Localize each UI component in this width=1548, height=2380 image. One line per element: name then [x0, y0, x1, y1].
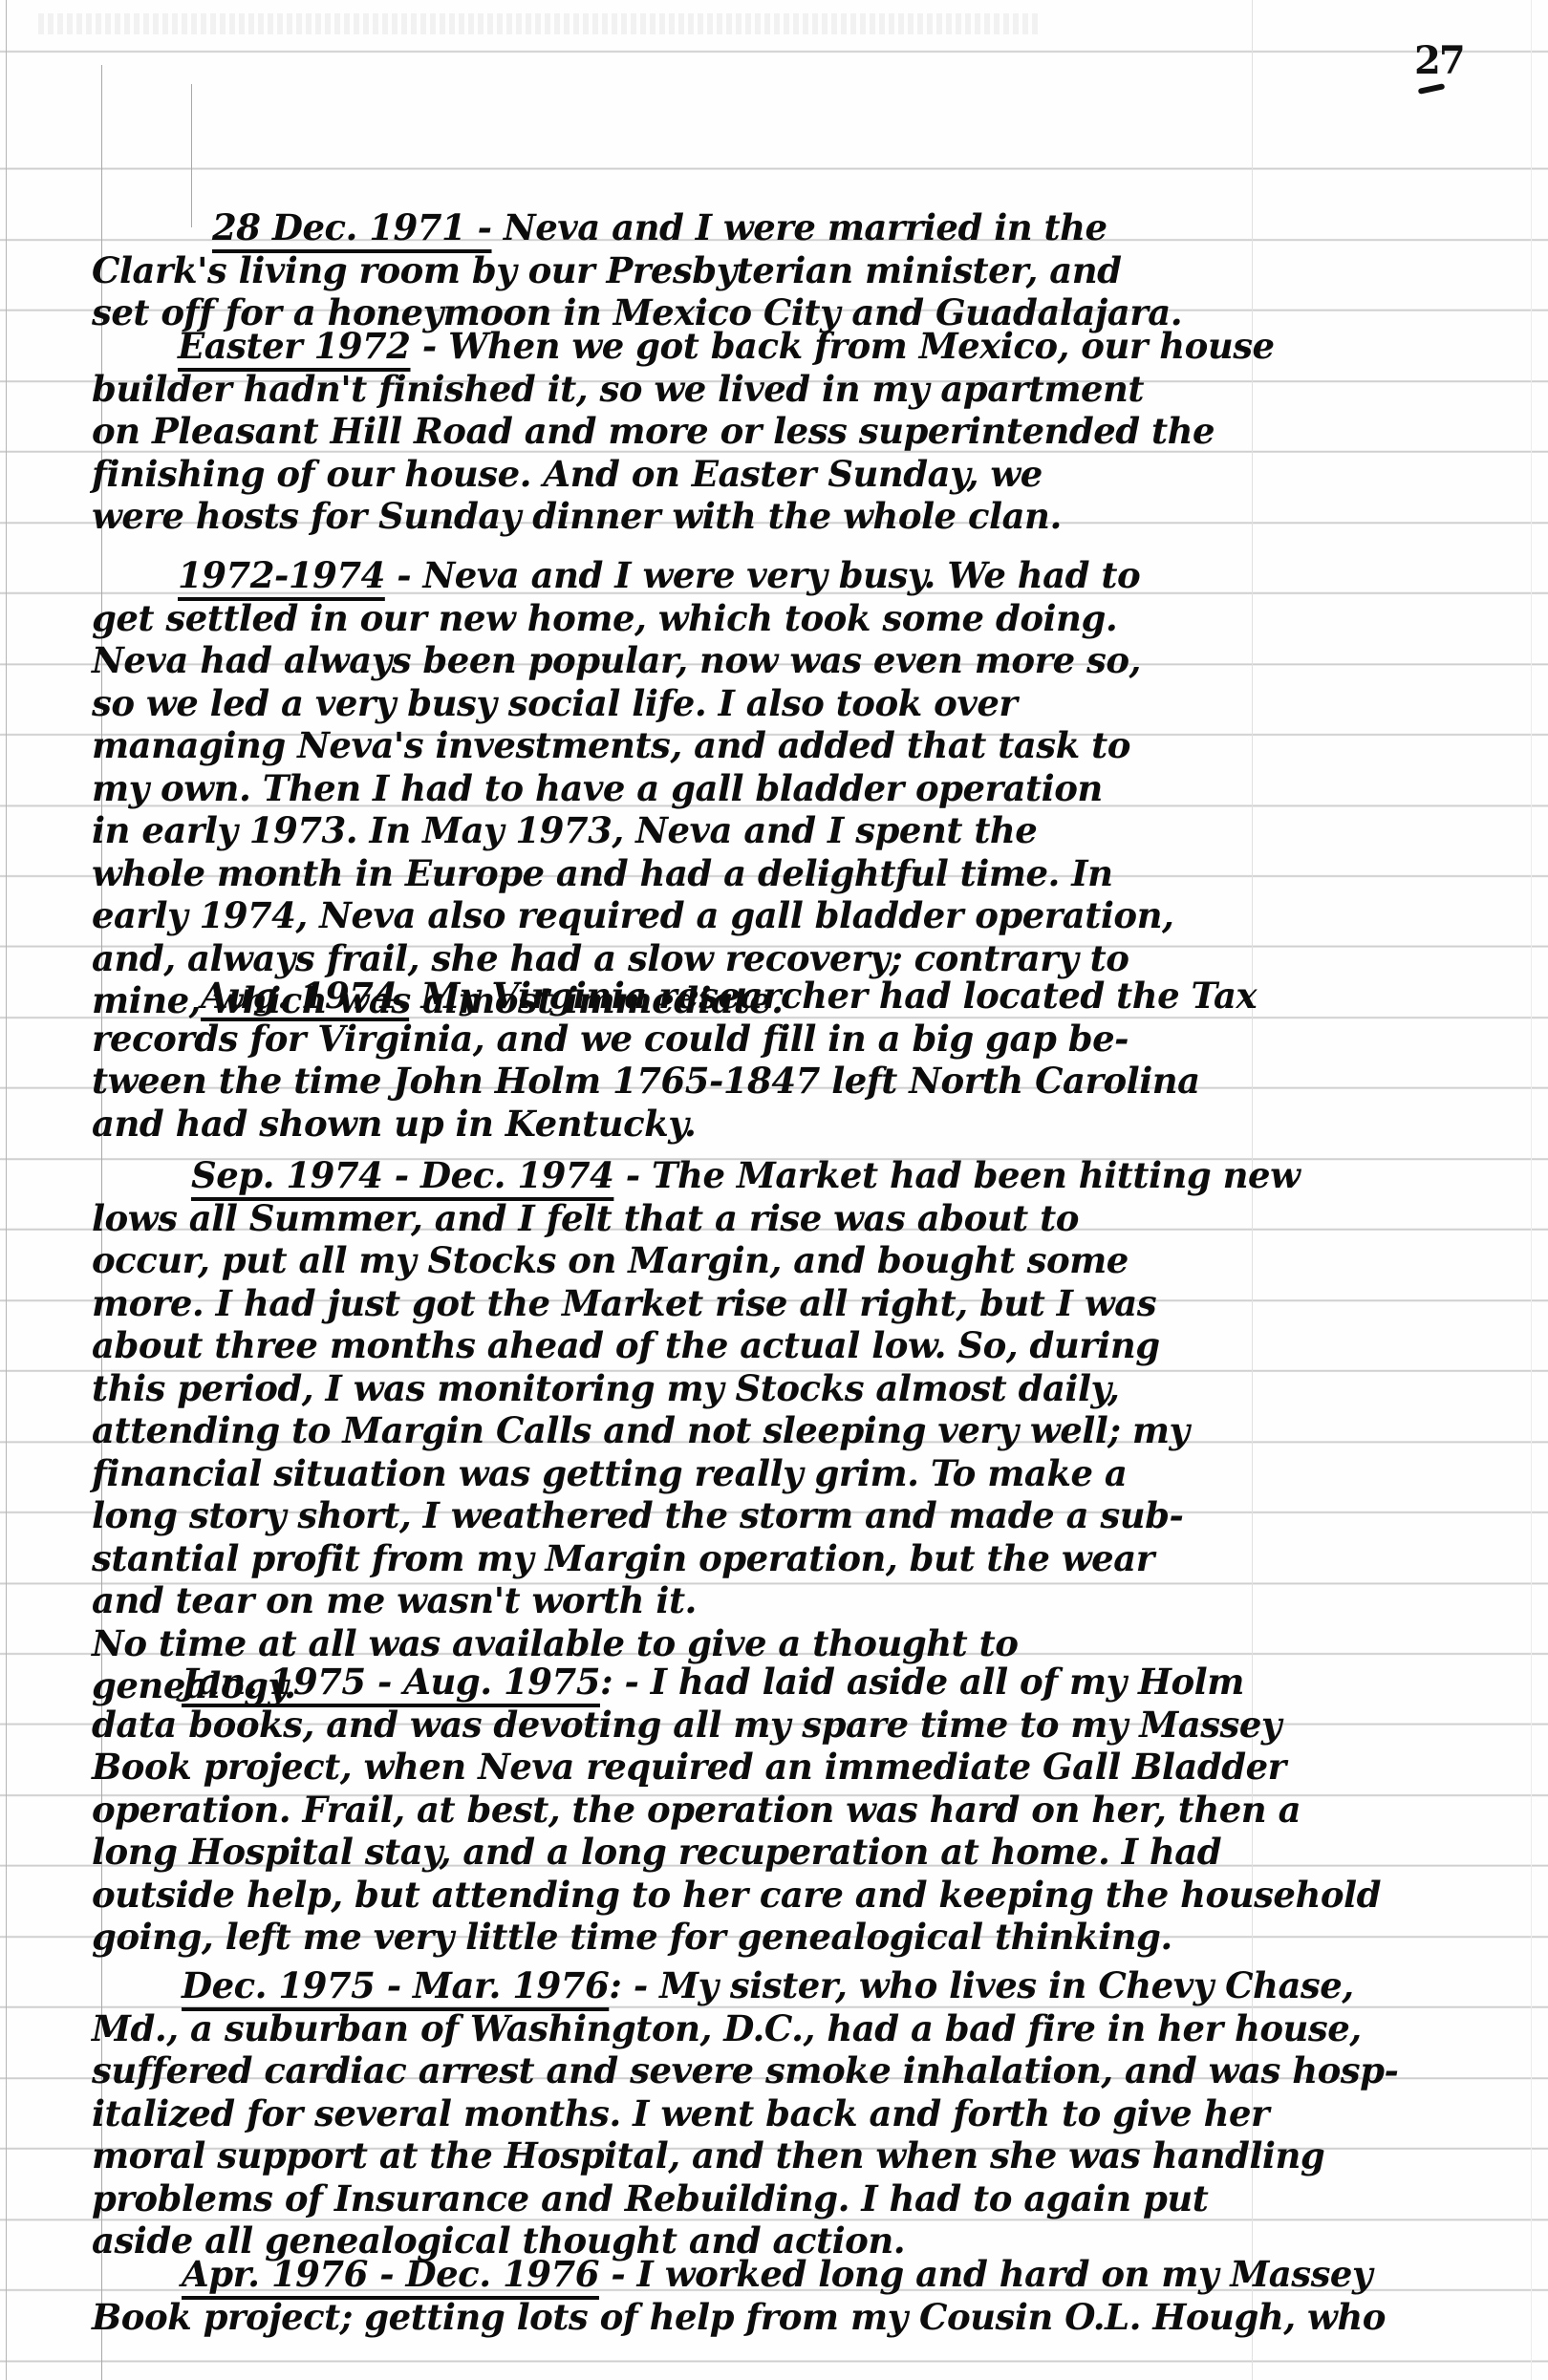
entry-text: My Virginia researcher had located the T… [409, 975, 1257, 1017]
entry-first-line: Sep. 1974 - Dec. 1974 - The Market had b… [191, 1156, 1300, 1194]
entry-line: long Hospital stay, and a long recuperat… [92, 1833, 1221, 1871]
entry-first-line: 1972-1974 - Neva and I were very busy. W… [178, 556, 1140, 594]
entry-line: suffered cardiac arrest and severe smoke… [92, 2051, 1398, 2090]
entry-line: managing Neva's investments, and added t… [92, 726, 1130, 764]
entry-line: so we led a very busy social life. I als… [92, 684, 1017, 722]
entry-text: : - I had laid aside all of my Holm [600, 1661, 1244, 1703]
ruled-notebook-page: 27 28 Dec. 1971 - Neva and I were marrie… [0, 0, 1548, 2380]
right-edge-line [1531, 0, 1532, 2380]
entry-line: and, always frail, she had a slow recove… [92, 939, 1129, 977]
entry-line: operation. Frail, at best, the operation… [92, 1790, 1301, 1829]
entry-date-heading: Aug. 1974. [201, 975, 409, 1017]
entry-text: - I worked long and hard on my Massey [599, 2253, 1372, 2295]
entry-line: my own. Then I had to have a gall bladde… [92, 769, 1103, 807]
inner-margin-line [191, 84, 192, 227]
entry-line: Book project, when Neva required an imme… [92, 1747, 1286, 1786]
entry-date-heading: Easter 1972 [178, 325, 411, 367]
entry-line: in early 1973. In May 1973, Neva and I s… [92, 811, 1037, 849]
entry-date-heading: Apr. 1976 - Dec. 1976 [182, 2253, 599, 2295]
entry-line: No time at all was available to give a t… [92, 1624, 1018, 1662]
entry-line: Clark's living room by our Presbyterian … [92, 251, 1121, 289]
entry-line: whole month in Europe and had a delightf… [92, 854, 1112, 892]
entry-text: - The Market had been hitting new [613, 1154, 1300, 1196]
entry-line: on Pleasant Hill Road and more or less s… [92, 412, 1215, 450]
entry-line: about three months ahead of the actual l… [92, 1326, 1160, 1364]
entry-line: moral support at the Hospital, and then … [92, 2136, 1324, 2175]
entry-text: - When we got back from Mexico, our hous… [411, 325, 1275, 367]
entry-line: and tear on me wasn't worth it. [92, 1581, 697, 1619]
page-number: 27 [1414, 38, 1464, 83]
entry-line: long story short, I weathered the storm … [92, 1496, 1183, 1534]
entry-text: - Neva and I were very busy. We had to [385, 554, 1140, 596]
entry-line: outside help, but attending to her care … [92, 1876, 1381, 1914]
entry-first-line: Aug. 1974. My Virginia researcher had lo… [201, 976, 1257, 1015]
entry-line: data books, and was devoting all my spar… [92, 1705, 1281, 1744]
entry-date-heading: 1972-1974 [178, 554, 385, 596]
entry-date-heading: Jan. 1975 - Aug. 1975 [182, 1661, 600, 1703]
entry-line: stantial profit from my Margin operation… [92, 1539, 1154, 1577]
entry-line: get settled in our new home, which took … [92, 599, 1117, 637]
entry-line: records for Virginia, and we could fill … [92, 1019, 1129, 1058]
page-edge-line [6, 0, 7, 2380]
entry-line: tween the time John Holm 1765-1847 left … [92, 1061, 1200, 1100]
entry-date-heading: Dec. 1975 - Mar. 1976 [182, 1964, 609, 2006]
page-number-underline [1418, 83, 1446, 95]
entry-first-line: 28 Dec. 1971 - Neva and I were married i… [212, 208, 1107, 247]
entry-text: : - My sister, who lives in Chevy Chase, [609, 1964, 1353, 2006]
entry-line: early 1974, Neva also required a gall bl… [92, 896, 1173, 934]
entry-line: finishing of our house. And on Easter Su… [92, 455, 1043, 493]
entry-line: lows all Summer, and I felt that a rise … [92, 1199, 1079, 1237]
entry-first-line: Jan. 1975 - Aug. 1975: - I had laid asid… [182, 1662, 1244, 1701]
entry-line: Neva had always been popular, now was ev… [92, 641, 1141, 679]
entry-line: this period, I was monitoring my Stocks … [92, 1369, 1119, 1407]
entry-line: going, left me very little time for gene… [92, 1918, 1172, 1956]
entry-line: builder hadn't finished it, so we lived … [92, 370, 1144, 408]
entry-first-line: Dec. 1975 - Mar. 1976: - My sister, who … [182, 1966, 1354, 2005]
entry-line: financial situation was getting really g… [92, 1454, 1127, 1492]
entry-line: occur, put all my Stocks on Margin, and … [92, 1241, 1129, 1279]
entry-first-line: Easter 1972 - When we got back from Mexi… [178, 327, 1275, 365]
entry-line: and had shown up in Kentucky. [92, 1104, 696, 1143]
entry-line: problems of Insurance and Rebuilding. I … [92, 2179, 1208, 2218]
entry-line: Md., a suburban of Washington, D.C., had… [92, 2009, 1362, 2048]
faint-bleedthrough-text [38, 13, 1042, 34]
entry-line: Book project; getting lots of help from … [92, 2298, 1386, 2336]
entry-date-heading: 28 Dec. 1971 - [212, 206, 492, 248]
entry-line: attending to Margin Calls and not sleepi… [92, 1411, 1190, 1449]
entry-text: Neva and I were married in the [492, 206, 1107, 248]
entry-date-heading: Sep. 1974 - Dec. 1974 [191, 1154, 613, 1196]
entry-line: more. I had just got the Market rise all… [92, 1284, 1156, 1322]
entry-line: were hosts for Sunday dinner with the wh… [92, 497, 1062, 535]
entry-first-line: Apr. 1976 - Dec. 1976 - I worked long an… [182, 2255, 1372, 2293]
entry-line: italized for several months. I went back… [92, 2094, 1269, 2133]
